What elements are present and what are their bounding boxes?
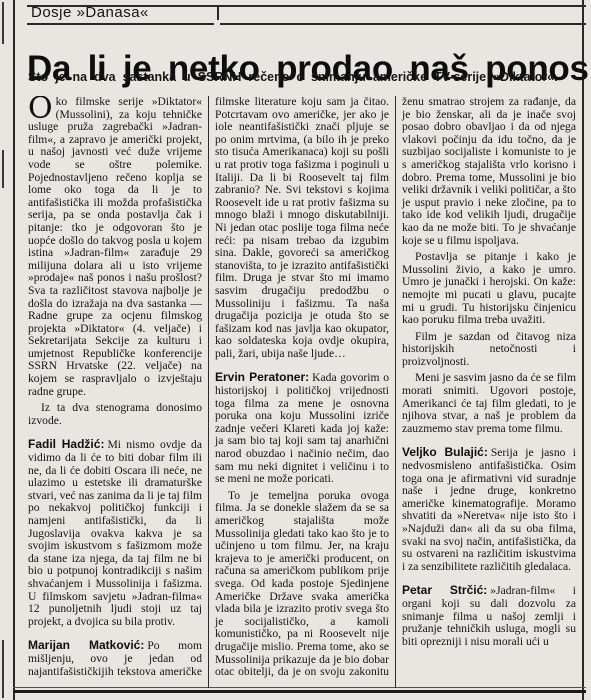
article-paragraph: Film je sazdan od čitavog niza historijs… [402, 331, 576, 369]
excerpt-note-paragraph: Iz ta dva stenograma donosimo izvode. [28, 402, 202, 427]
paragraph-text: Film je sazdan od čitavog niza historijs… [402, 330, 576, 368]
article-paragraph: Meni je sasvim jasno da će se film morat… [402, 372, 576, 435]
article-subhead: Što je na dva sastanka u SSRNH rečeno o … [28, 70, 580, 84]
page-edge-mark [2, 2, 4, 44]
quote-veljko-bulajic: Veljko Bulajić:Serija je jasno i nedvosm… [402, 446, 576, 573]
header-rule-tick [217, 5, 219, 20]
speaker-name: Fadil Hadžić: [28, 437, 104, 451]
speaker-name: Petar Strčić: [402, 583, 487, 597]
speaker-name: Marijan Matković: [28, 638, 144, 652]
newspaper-article-scan: Dosje »Danasa« Da li je netko prodao naš… [0, 0, 591, 700]
article-left-rule [13, 0, 15, 700]
page-edge-mark [2, 640, 4, 698]
quote-ervin-peratoner: Ervin Peratoner:Kada govorim o historijs… [215, 371, 389, 485]
drop-cap: O [28, 96, 56, 121]
paragraph-text: Postavlja se pitanje i kako je Mussolini… [402, 250, 576, 326]
paragraph-text: Kada govorim o historijskoj i političkoj… [215, 371, 389, 485]
article-right-rule [582, 0, 584, 700]
speaker-name: Ervin Peratoner: [215, 370, 309, 384]
section-kicker: Dosje »Danasa« [31, 4, 149, 21]
paragraph-text: Iz ta dva stenograma donosimo izvode. [28, 401, 202, 427]
header-second-rule [220, 23, 586, 25]
article-paragraph: Postavlja se pitanje i kako je Mussolini… [402, 251, 576, 327]
article-body-columns: Oko filmske serije »Diktator« (Mussolini… [28, 96, 576, 688]
paragraph-text: Mi nismo ovdje da vidimo da li će to bit… [28, 438, 202, 627]
page-edge-mark [2, 150, 4, 188]
kicker-underline [27, 23, 214, 25]
paragraph-text: ko filmske serije »Diktator« (Mussolini)… [28, 96, 202, 398]
quote-petar-strcic: Petar Strčić:»Jadran-film« i organi koji… [402, 584, 576, 648]
speaker-name: Veljko Bulajić: [402, 445, 488, 459]
paragraph-text: Meni je sasvim jasno da će se film morat… [402, 371, 576, 434]
quote-fadil-hadzic: Fadil Hadžić:Mi nismo ovdje da vidimo da… [28, 438, 202, 628]
article-bottom-rule [13, 690, 586, 693]
paragraph-text: Serija je jasno i nedvosmisleno antifaši… [402, 446, 576, 572]
intro-paragraph: Oko filmske serije »Diktator« (Mussolini… [28, 96, 202, 398]
